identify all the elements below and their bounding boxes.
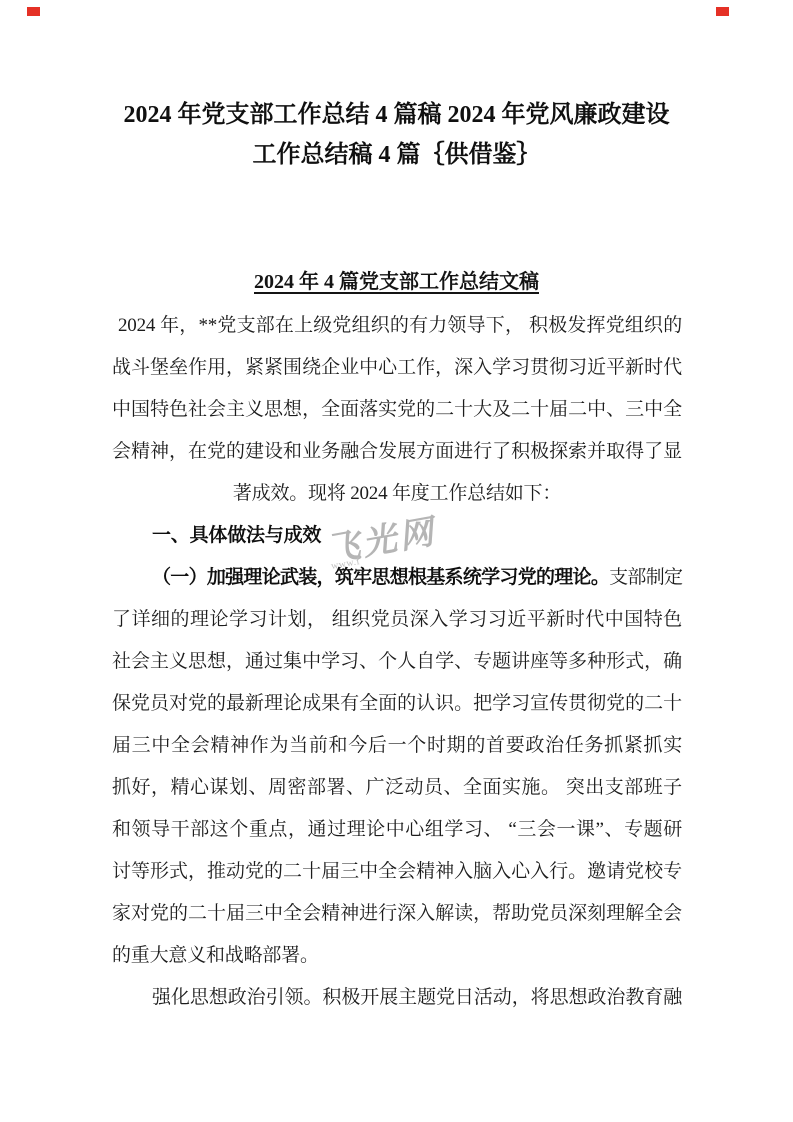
text-line: 著成效。现将 2024 年度工作总结如下： [112, 473, 682, 515]
text-segment: 战斗堡垒作用，紧紧围绕企业中心工作，深入学习贯彻习近平新时代 [112, 357, 682, 378]
text-line: 2024 年，**党支部在上级党组织的有力领导下， 积极发挥党组织的 [112, 305, 682, 347]
text-segment: 中国特色社会主义思想，全面落实党的二十大及二十届二中、三中全 [112, 399, 682, 420]
text-line: 保党员对党的最新理论成果有全面的认识。把学习宣传贯彻党的二十 [112, 683, 682, 725]
bold-text-segment: （一）加强理论武装，筑牢思想根基系统学习党的理论。 [152, 567, 609, 588]
text-segment: 强化思想政治引领。积极开展主题党日活动，将思想政治教育融 [152, 987, 682, 1008]
text-segment: 家对党的二十届三中全会精神进行深入解读，帮助党员深刻理解全会 [112, 903, 682, 924]
text-segment: 著成效。现将 2024 年度工作总结如下： [233, 483, 561, 504]
text-line: 家对党的二十届三中全会精神进行深入解读，帮助党员深刻理解全会 [112, 893, 682, 935]
text-line: 中国特色社会主义思想，全面落实党的二十大及二十届二中、三中全 [112, 389, 682, 431]
text-line: 社会主义思想，通过集中学习、个人自学、专题讲座等多种形式，确 [112, 641, 682, 683]
text-line: 强化思想政治引领。积极开展主题党日活动，将思想政治教育融 [112, 977, 682, 1019]
text-line: 届三中全会精神作为当前和今后一个时期的首要政治任务抓紧抓实 [112, 725, 682, 767]
text-segment: 和领导干部这个重点，通过理论中心组学习、 “三会一课”、专题研 [112, 819, 682, 840]
red-corner-mark-left [27, 7, 40, 16]
text-line: 战斗堡垒作用，紧紧围绕企业中心工作，深入学习贯彻习近平新时代 [112, 347, 682, 389]
text-segment: 了详细的理论学习计划， 组织党员深入学习习近平新时代中国特色 [112, 609, 682, 630]
text-line: 和领导干部这个重点，通过理论中心组学习、 “三会一课”、专题研 [112, 809, 682, 851]
text-segment: 届三中全会精神作为当前和今后一个时期的首要政治任务抓紧抓实 [112, 735, 682, 756]
text-line: （一）加强理论武装，筑牢思想根基系统学习党的理论。支部制定 [112, 557, 682, 599]
text-segment: 抓好，精心谋划、周密部署、广泛动员、全面实施。 突出支部班子 [112, 777, 682, 798]
text-line: 了详细的理论学习计划， 组织党员深入学习习近平新时代中国特色 [112, 599, 682, 641]
document-title-line-2: 工作总结稿 4 篇｛供借鉴｝ [0, 135, 793, 175]
document-subtitle: 2024 年 4 篇党支部工作总结文稿 [0, 267, 793, 297]
document-page: 2024 年党支部工作总结 4 篇稿 2024 年党风廉政建设 工作总结稿 4 … [0, 0, 793, 1122]
text-segment: 支部制定 [609, 567, 682, 588]
text-segment: 社会主义思想，通过集中学习、个人自学、专题讲座等多种形式，确 [112, 651, 682, 672]
text-line: 讨等形式，推动党的二十届三中全会精神入脑入心入行。邀请党校专 [112, 851, 682, 893]
text-segment: 的重大意义和战略部署。 [112, 945, 319, 966]
document-title-line-1: 2024 年党支部工作总结 4 篇稿 2024 年党风廉政建设 [0, 95, 793, 135]
text-segment: 讨等形式，推动党的二十届三中全会精神入脑入心入行。邀请党校专 [112, 861, 682, 882]
red-corner-mark-right [716, 7, 729, 16]
document-title: 2024 年党支部工作总结 4 篇稿 2024 年党风廉政建设 工作总结稿 4 … [0, 95, 793, 175]
text-line: 会精神，在党的建设和业务融合发展方面进行了积极探索并取得了显 [112, 431, 682, 473]
text-segment: 会精神，在党的建设和业务融合发展方面进行了积极探索并取得了显 [112, 441, 682, 462]
document-body: 2024 年，**党支部在上级党组织的有力领导下， 积极发挥党组织的战斗堡垒作用… [112, 305, 682, 1019]
bold-text-segment: 一、具体做法与成效 [152, 525, 321, 546]
text-line: 一、具体做法与成效 [112, 515, 682, 557]
text-segment: 2024 年，**党支部在上级党组织的有力领导下， 积极发挥党组织的 [118, 315, 682, 336]
text-line: 抓好，精心谋划、周密部署、广泛动员、全面实施。 突出支部班子 [112, 767, 682, 809]
text-segment: 保党员对党的最新理论成果有全面的认识。把学习宣传贯彻党的二十 [112, 693, 682, 714]
text-line: 的重大意义和战略部署。 [112, 935, 682, 977]
